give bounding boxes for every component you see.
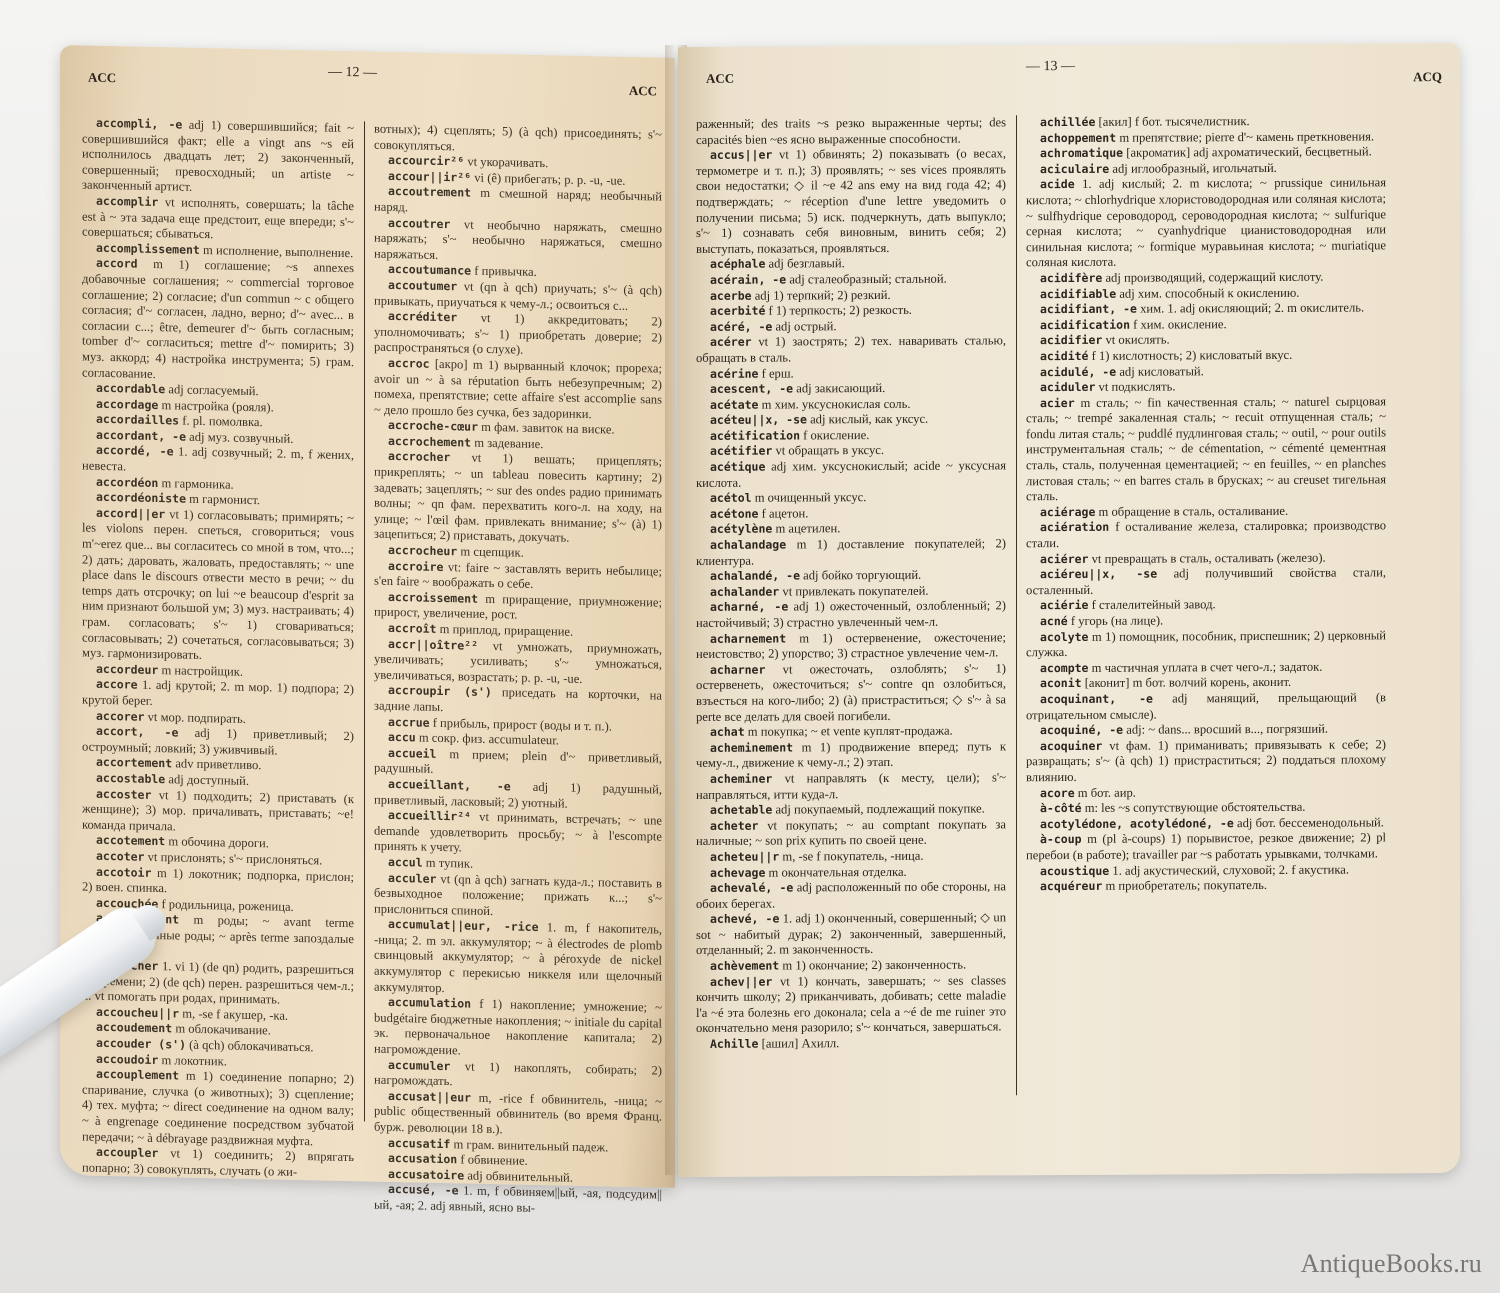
definition: m приплод, приращение. bbox=[440, 622, 574, 639]
dictionary-entry: acheminement m 1) продвижение вперед; пу… bbox=[696, 739, 1006, 772]
headword: accoster bbox=[96, 786, 151, 801]
headword: accordant, -e bbox=[96, 428, 186, 444]
headword: acide bbox=[1040, 177, 1075, 191]
headword: accouder (s') bbox=[96, 1036, 186, 1052]
definition: m хим. уксуснокислая соль. bbox=[762, 397, 911, 412]
headword: accordé, -e bbox=[96, 443, 174, 459]
definition: f привычка. bbox=[474, 264, 537, 279]
definition: m тупик. bbox=[426, 856, 473, 871]
headword: accrochement bbox=[388, 434, 471, 450]
headword: achalandé, -e bbox=[710, 569, 800, 583]
definition: adj: ~ dans... вросший в..., погрязший. bbox=[1126, 722, 1328, 737]
headword: acore bbox=[1040, 786, 1075, 800]
headword: acharnement bbox=[710, 631, 786, 645]
headword: acculer bbox=[388, 870, 436, 885]
headword: accordage bbox=[96, 396, 158, 411]
headword: accrue bbox=[388, 714, 430, 729]
definition: m 1) соглашение; ~s annexes добавочные с… bbox=[82, 257, 354, 380]
headword: accomplir bbox=[96, 194, 158, 209]
dictionary-entry: achalandé, -e adj бойко торгующий. bbox=[696, 568, 1006, 585]
definition: vt превращать в сталь, осталивать (желез… bbox=[1092, 550, 1326, 565]
headword: acier bbox=[1040, 396, 1075, 410]
headword: acerbe bbox=[710, 288, 752, 302]
headword: acheminer bbox=[710, 771, 772, 785]
headword: accoudement bbox=[96, 1020, 172, 1036]
dictionary-entry: acerbe adj 1) терпкий; 2) резкий. bbox=[696, 287, 1006, 304]
headword: accordéon bbox=[96, 474, 158, 489]
dictionary-entry: раженный; des traits ~s резко выраженные… bbox=[696, 115, 1006, 148]
headword: acétylène bbox=[710, 522, 772, 536]
headword: accroissement bbox=[388, 590, 478, 606]
dictionary-entry: acétifier vt обращать в уксус. bbox=[696, 443, 1006, 460]
dictionary-entry: aconit [аконит] m бот. волчий корень, ак… bbox=[1026, 675, 1386, 692]
headword: accusat||eur bbox=[388, 1089, 471, 1105]
dictionary-entry: acharné, -e adj 1) ожесточенный, озлобле… bbox=[696, 599, 1006, 632]
dictionary-entry: à-côté m: les ~s сопутствующие обстоятел… bbox=[1026, 799, 1386, 816]
definition: adj 1) терпкий; 2) резкий. bbox=[755, 287, 891, 302]
headword: acétol bbox=[710, 491, 752, 505]
headword: acquéreur bbox=[1040, 879, 1102, 893]
headword: accotoir bbox=[96, 864, 151, 879]
headword: accueillant, -e bbox=[388, 777, 511, 794]
headword: achalandage bbox=[710, 538, 786, 552]
headword: acoquinant, -e bbox=[1040, 692, 1153, 707]
dictionary-entry: acoquinant, -e adj манящий, прельщающий … bbox=[1026, 690, 1386, 723]
dictionary-entry: aciduler vt подкислять. bbox=[1026, 378, 1386, 395]
definition: f прибыль, прирост (воды и т. п.). bbox=[433, 715, 612, 733]
definition: adj острый. bbox=[775, 319, 836, 333]
definition: adj муз. созвучный. bbox=[189, 430, 293, 446]
definition: vt 1) согласовывать; примирять; ~ les vi… bbox=[82, 507, 354, 662]
dictionary-entry: acétol m очищенный уксус. bbox=[696, 490, 1006, 507]
definition: m облокачивание. bbox=[175, 1022, 271, 1038]
headword: acétate bbox=[710, 397, 758, 411]
definition: m сокр. физ. accumulateur. bbox=[419, 731, 559, 748]
headword: accoutrer bbox=[388, 215, 450, 230]
headword: acétone bbox=[710, 506, 758, 520]
dictionary-entry: acharner vt ожесточать, озлоблять; s'~ 1… bbox=[696, 661, 1006, 725]
definition: m препятствие; pierre d'~ камень преткно… bbox=[1119, 129, 1374, 144]
dictionary-entry: aciérer vt превращать в сталь, осталиват… bbox=[1026, 550, 1386, 567]
definition: adj кислый, как уксус. bbox=[810, 412, 928, 427]
column-2: вотных); 4) сцеплять; 5) (à qch) присоед… bbox=[374, 122, 662, 1220]
headword: à-coup bbox=[1040, 832, 1082, 846]
headword: accr||oître²² bbox=[388, 636, 478, 652]
dictionary-entry: accompli, -e adj 1) совершившийся; fait … bbox=[82, 115, 354, 199]
headword: accordailles bbox=[96, 412, 179, 428]
definition: adj закисающий. bbox=[796, 381, 885, 395]
dictionary-entry: accusat||eur m, -rice f обвинитель, -ниц… bbox=[374, 1088, 662, 1141]
headword: aciduler bbox=[1040, 380, 1095, 394]
dictionary-entry: accréditer vt 1) аккредитовать; 2) уполн… bbox=[374, 309, 662, 362]
dictionary-entry: acéphale adj безглавый. bbox=[696, 256, 1006, 273]
dictionary-entry: acquéreur m приобретатель; покупатель. bbox=[1026, 877, 1386, 894]
headword: acidifiant, -e bbox=[1040, 302, 1137, 317]
headword: acharner bbox=[710, 662, 765, 676]
dictionary-entry: acétone f ацетон. bbox=[696, 505, 1006, 522]
dictionary-entry: acore m бот. аир. bbox=[1026, 784, 1386, 801]
dictionary-entry: accroc [акро] m 1) вырванный клочок; про… bbox=[374, 355, 662, 423]
headword: accus||er bbox=[710, 148, 772, 162]
dictionary-entry: acidifier vt окислять. bbox=[1026, 332, 1386, 349]
headword: accoutumer bbox=[388, 278, 457, 293]
headword: accroche-cœur bbox=[388, 418, 478, 434]
dictionary-entry: aciéreu||x, -se adj получивший свойства … bbox=[1026, 566, 1386, 599]
definition: adj доступный. bbox=[168, 772, 249, 788]
headword: accostable bbox=[96, 771, 165, 786]
headword: accoupler bbox=[96, 1145, 158, 1160]
headword: accorer bbox=[96, 708, 144, 723]
dictionary-entry: Achille [ашил] Ахилл. bbox=[696, 1035, 1006, 1052]
dictionary-entry: accueillir²⁴ vt принимать, встречать; ~ … bbox=[374, 808, 662, 861]
headword: achillée bbox=[1040, 115, 1095, 129]
definition: vt привлекать покупателей. bbox=[782, 584, 928, 599]
dictionary-entry: accr||oître²² vt умножать, приумножать, … bbox=[374, 636, 662, 689]
headword: accroupir (s') bbox=[388, 683, 492, 699]
dictionary-entry: accomplir vt исполнять, совершать; la tâ… bbox=[82, 193, 354, 245]
definition: m фам. завиток на виске. bbox=[481, 420, 614, 437]
headword: achoppement bbox=[1040, 130, 1116, 144]
headword: acétifier bbox=[710, 444, 772, 458]
definition: m обращение в сталь, осталивание. bbox=[1099, 504, 1289, 519]
headword: acétification bbox=[710, 428, 800, 442]
definition: m окончательная отделка. bbox=[769, 864, 907, 879]
definition: vt прислонять; s'~ прислоняться. bbox=[148, 850, 323, 868]
headword: acérain, -e bbox=[710, 272, 786, 286]
dictionary-entry: acidification f хим. окисление. bbox=[1026, 316, 1386, 333]
definition: m ацетилен. bbox=[775, 522, 840, 536]
headword: accotement bbox=[96, 833, 165, 848]
headword: accordeur bbox=[96, 662, 158, 677]
headword: acheteu||r bbox=[710, 849, 779, 863]
headword: acidifère bbox=[1040, 271, 1102, 285]
headword: accusation bbox=[388, 1151, 457, 1166]
headword: acotylédone, acotylédoné, -e bbox=[1040, 816, 1234, 831]
definition: adj согласуемый. bbox=[168, 382, 258, 398]
headword: acoquiner bbox=[1040, 739, 1102, 753]
definition: хим. 1. adj окисляющий; 2. m окислитель. bbox=[1140, 301, 1364, 316]
definition: adv приветливо. bbox=[175, 757, 261, 773]
guide-word-left: ACC bbox=[88, 70, 116, 87]
headword: aciération bbox=[1040, 520, 1109, 534]
headword: accordéoniste bbox=[96, 490, 186, 506]
dictionary-entry: acotylédone, acotylédoné, -e adj бот. бе… bbox=[1026, 815, 1386, 832]
dictionary-entry: acharnement m 1) остервенение, ожесточен… bbox=[696, 630, 1006, 663]
dictionary-entry: achèvement m 1) окончание; 2) законченно… bbox=[696, 957, 1006, 974]
guide-word-left: ACC bbox=[706, 71, 734, 87]
headword: acerbité bbox=[710, 304, 765, 318]
headword: acérine bbox=[710, 366, 758, 380]
dictionary-entry: achalandage m 1) доставление покупателей… bbox=[696, 536, 1006, 569]
headword: achevé, -e bbox=[710, 912, 779, 926]
headword: acolyte bbox=[1040, 629, 1088, 643]
definition: m настройка (рояля). bbox=[161, 398, 273, 414]
dictionary-entry: acidifère adj производящий, содержащий к… bbox=[1026, 269, 1386, 286]
dictionary-entry: achev||er vt 1) кончать, завершать; ~ se… bbox=[696, 973, 1006, 1037]
dictionary-entry: acérain, -e adj сталеобразный; стальной. bbox=[696, 271, 1006, 288]
dictionary-entry: acérine f ерш. bbox=[696, 365, 1006, 382]
column-divider bbox=[1016, 115, 1017, 1095]
dictionary-entry: accord||er vt 1) согласовывать; примирят… bbox=[82, 505, 354, 667]
definition: vt 1) вешать; прицеплять; прикреплять; ~… bbox=[374, 451, 662, 545]
dictionary-entry: acolyte m 1) помощник, пособник, приспеш… bbox=[1026, 628, 1386, 661]
headword: aciéreu||x, -se bbox=[1040, 567, 1157, 582]
definition: [ашил] Ахилл. bbox=[762, 1036, 840, 1050]
dictionary-entry: accouplement m 1) соединение попарно; 2)… bbox=[82, 1067, 354, 1151]
headword: accumuler bbox=[388, 1057, 450, 1072]
dictionary-entry: acoquiner vt фам. 1) приманивать; привяз… bbox=[1026, 737, 1386, 786]
definition: m частичная уплата в счет чего-л.; задат… bbox=[1092, 659, 1323, 674]
page-header: ACC — 12 — ACC bbox=[60, 59, 675, 92]
watermark: AntiqueBooks.ru bbox=[1301, 1249, 1482, 1279]
definition: vt мор. подпирать. bbox=[148, 709, 246, 725]
definition: m приобретатель; покупатель. bbox=[1105, 878, 1267, 893]
headword: accoucheu||r bbox=[96, 1005, 179, 1021]
headword: acoquiné, -e bbox=[1040, 723, 1123, 737]
definition: adj бот. бессеменодольный. bbox=[1237, 815, 1384, 830]
headword: acidifier bbox=[1040, 333, 1102, 347]
definition: m очищенный уксус. bbox=[755, 490, 867, 505]
definition: 1. adj кислый; 2. m кислота; ~ prussique… bbox=[1026, 176, 1386, 270]
definition: m настройщик. bbox=[161, 663, 243, 679]
dictionary-entry: acidulé, -e adj кисловатый. bbox=[1026, 363, 1386, 380]
definition: [аконит] m бот. волчий корень, аконит. bbox=[1085, 675, 1291, 690]
headword: accusé, -e bbox=[388, 1182, 459, 1197]
dictionary-entry: à-coup m (pl à-coups) 1) порывистое, рез… bbox=[1026, 831, 1386, 864]
dictionary-entry: achromatique [акроматик] adj ахроматичес… bbox=[1026, 145, 1386, 162]
dictionary-entry: acculer vt (qn à qch) загнать куда-л.; п… bbox=[374, 870, 662, 923]
dictionary-entry: acidifiant, -e хим. 1. adj окисляющий; 2… bbox=[1026, 300, 1386, 317]
headword: aciérer bbox=[1040, 552, 1088, 566]
definition: m, -se f акушер, -ка. bbox=[182, 1006, 288, 1022]
definition: m локотник. bbox=[161, 1053, 226, 1068]
headword: acoustique bbox=[1040, 863, 1109, 877]
definition: vt укорачивать. bbox=[467, 155, 548, 171]
definition: adj обвинительный. bbox=[467, 1168, 573, 1184]
headword: acidulé, -e bbox=[1040, 364, 1116, 378]
dictionary-entry: aciculaire adj иглообразный, игольчатый. bbox=[1026, 160, 1386, 177]
dictionary-entry: achalander vt привлекать покупателей. bbox=[696, 583, 1006, 600]
definition: vt 1) обвинять; 2) показывать (о весах, … bbox=[696, 147, 1006, 256]
dictionary-entry: accus||er vt 1) обвинять; 2) показывать … bbox=[696, 147, 1006, 258]
dictionary-entry: acheter vt покупать; ~ au comptant покуп… bbox=[696, 817, 1006, 850]
dictionary-entry: acéré, -e adj острый. bbox=[696, 318, 1006, 335]
dictionary-entry: achat m покупка; ~ et vente куплят-прода… bbox=[696, 723, 1006, 740]
headword: aconit bbox=[1040, 676, 1082, 690]
definition: vt обращать в уксус. bbox=[775, 443, 884, 458]
headword: Achille bbox=[710, 1037, 758, 1051]
dictionary-entry: achevalé, -e adj расположенный по обе ст… bbox=[696, 879, 1006, 912]
dictionary-entry: acétique adj хим. уксуснокислый; acide ~… bbox=[696, 458, 1006, 491]
definition: m обочина дороги. bbox=[168, 835, 269, 851]
dictionary-entry: achevage m окончательная отделка. bbox=[696, 864, 1006, 881]
headword: accoutrement bbox=[388, 184, 471, 200]
definition: f угорь (на лице). bbox=[1071, 614, 1163, 628]
definition: adj производящий, содержащий кислоту. bbox=[1105, 270, 1323, 285]
definition: m сталь; ~ fin качественная сталь; ~ nat… bbox=[1026, 394, 1386, 503]
definition: раженный; des traits ~s резко выраженные… bbox=[696, 115, 1006, 146]
definition: adj безглавый. bbox=[769, 257, 845, 271]
headword: achevalé, -e bbox=[710, 881, 793, 895]
headword: accrocheur bbox=[388, 543, 457, 558]
dictionary-entry: accusé, -e 1. m, f обвиняем||ый, -ая, по… bbox=[374, 1182, 662, 1219]
definition: f хим. окисление. bbox=[1133, 317, 1226, 331]
definition: вотных); 4) сцеплять; 5) (à qch) присоед… bbox=[374, 122, 662, 153]
headword: accourcir²⁶ bbox=[388, 153, 464, 169]
headword: accompli, -e bbox=[96, 116, 182, 132]
definition: adj иглообразный, игольчатый. bbox=[1112, 161, 1276, 176]
headword: accore bbox=[96, 677, 138, 692]
dictionary-entry: acétate m хим. уксуснокислая соль. bbox=[696, 396, 1006, 413]
headword: accroc bbox=[388, 356, 430, 371]
dictionary-entry: acérer vt 1) заострять; 2) тех. наварива… bbox=[696, 334, 1006, 367]
headword: accoudoir bbox=[96, 1051, 158, 1066]
definition: m покупка; ~ et vente куплят-продажа. bbox=[748, 724, 953, 739]
headword: accrocher bbox=[388, 449, 450, 464]
definition: adj покупаемый, подлежащий покупке. bbox=[775, 802, 984, 817]
headword: acheter bbox=[710, 818, 758, 832]
headword: acharné, -e bbox=[710, 600, 788, 614]
dictionary-entry: accrocher vt 1) вешать; прицеплять; прик… bbox=[374, 449, 662, 549]
page-number: — 13 — bbox=[1026, 59, 1075, 75]
headword: accueil bbox=[388, 746, 436, 761]
page-header: ACC — 13 — ACQ bbox=[678, 57, 1460, 81]
headword: accort, -e bbox=[96, 724, 178, 740]
guide-word-right: ACQ bbox=[1413, 69, 1442, 85]
headword: acérer bbox=[710, 335, 752, 349]
dictionary-entry: acétification f окисление. bbox=[696, 427, 1006, 444]
definition: f 1) терпкость; 2) резкость. bbox=[769, 303, 912, 318]
headword: accréditer bbox=[388, 309, 457, 324]
definition: m бот. аир. bbox=[1078, 785, 1136, 799]
headword: aciérage bbox=[1040, 505, 1095, 519]
definition: m 1) окончание; 2) законченность. bbox=[782, 958, 966, 973]
headword: achetable bbox=[710, 803, 772, 817]
definition: f обвинение. bbox=[460, 1153, 527, 1168]
definition: m сцепщик. bbox=[460, 544, 523, 559]
headword: accouplement bbox=[96, 1067, 179, 1083]
dictionary-entry: accumulation f 1) накопление; умножение;… bbox=[374, 995, 662, 1063]
column-divider bbox=[364, 121, 365, 1121]
headword: achèvement bbox=[710, 959, 779, 973]
headword: acéphale bbox=[710, 257, 765, 271]
definition: adj кисловатый. bbox=[1119, 364, 1203, 378]
headword: accumulat||eur, -rice bbox=[388, 917, 539, 934]
dictionary-entry: achillée [акил] f бот. тысячелистник. bbox=[1026, 113, 1386, 130]
headword: accoutumance bbox=[388, 262, 471, 278]
dictionary-entry: achetable adj покупаемый, подлежащий пок… bbox=[696, 801, 1006, 818]
dictionary-entry: accoster vt 1) подходить; 2) приставать … bbox=[82, 786, 354, 838]
headword: acétique bbox=[710, 460, 765, 474]
headword: accour||ir²⁶ bbox=[388, 169, 471, 185]
headword: accordable bbox=[96, 381, 165, 396]
dictionary-entry: acerbité f 1) терпкость; 2) резкость. bbox=[696, 302, 1006, 319]
headword: à-côté bbox=[1040, 801, 1082, 815]
dictionary-entry: accoupler vt 1) соединить; 2) впрягать п… bbox=[82, 1145, 354, 1182]
headword: accord||er bbox=[96, 506, 165, 521]
definition: m: les ~s сопутствующие обстоятельства. bbox=[1085, 800, 1306, 815]
headword: accord bbox=[96, 256, 138, 271]
headword: acheminement bbox=[710, 740, 793, 754]
dictionary-entry: acidité f 1) кислотность; 2) кисловатый … bbox=[1026, 347, 1386, 364]
headword: acidification bbox=[1040, 317, 1130, 331]
dictionary-entry: accord m 1) соглашение; ~s annexes добав… bbox=[82, 256, 354, 386]
page-right: ACC — 13 — ACQ раженный; des traits ~s р… bbox=[678, 43, 1460, 1177]
definition: 1. adj акустический, слуховой; 2. f акус… bbox=[1112, 862, 1349, 877]
headword: accueillir²⁴ bbox=[388, 808, 471, 824]
definition: m грам. винительный падеж. bbox=[453, 1137, 608, 1154]
definition: f ерш. bbox=[762, 366, 794, 380]
page-left: ACC — 12 — ACC accompli, -e adj 1) совер… bbox=[60, 45, 675, 1188]
headword: achalander bbox=[710, 584, 779, 598]
definition: f 1) кислотность; 2) кисловатый вкус. bbox=[1092, 348, 1293, 363]
dictionary-entry: acoustique 1. adj акустический, слуховой… bbox=[1026, 862, 1386, 879]
headword: achevage bbox=[710, 865, 765, 879]
headword: accortement bbox=[96, 755, 172, 771]
definition: adj бойко торгующий. bbox=[803, 568, 921, 583]
dictionary-entry: aciérie f сталелитейный завод. bbox=[1026, 597, 1386, 614]
definition: m исполнение, выполнение. bbox=[203, 243, 353, 260]
definition: vt подкислять. bbox=[1099, 380, 1176, 394]
dictionary-entry: acheminer vt направлять (к месту, цели);… bbox=[696, 770, 1006, 803]
dictionary-entry: acier m сталь; ~ fin качественная сталь;… bbox=[1026, 394, 1386, 505]
dictionary-entry: acidifiable adj хим. способный к окислен… bbox=[1026, 285, 1386, 302]
dictionary-entry: achoppement m препятствие; pierre d'~ ка… bbox=[1026, 129, 1386, 146]
dictionary-entry: acéteu||x, -se adj кислый, как уксус. bbox=[696, 412, 1006, 429]
dictionary-entry: achevé, -e 1. adj 1) оконченный, соверше… bbox=[696, 911, 1006, 959]
headword: acidifiable bbox=[1040, 286, 1116, 300]
definition: adj сталеобразный; стальной. bbox=[789, 272, 946, 287]
dictionary-entry: acompte m частичная уплата в счет чего-л… bbox=[1026, 659, 1386, 676]
dictionary-entry: acné f угорь (на лице). bbox=[1026, 612, 1386, 629]
headword: accroire bbox=[388, 558, 443, 573]
headword: achat bbox=[710, 725, 745, 739]
headword: accu bbox=[388, 730, 416, 745]
definition: [акил] f бот. тысячелистник. bbox=[1099, 114, 1250, 129]
definition: f сталелитейный завод. bbox=[1092, 598, 1216, 613]
definition: [акроматик] adj ахроматический, бесцветн… bbox=[1126, 145, 1372, 160]
definition: f ацетон. bbox=[762, 506, 809, 520]
headword: accroît bbox=[388, 621, 436, 636]
headword: acescent, -e bbox=[710, 382, 793, 396]
definition: m задевание. bbox=[474, 436, 543, 451]
dictionary-entry: acheteu||r m, -se f покупатель, -ница. bbox=[696, 848, 1006, 865]
definition: vi (ê) прибегать; p. p. -u, -ue. bbox=[474, 170, 625, 187]
headword: acompte bbox=[1040, 661, 1088, 675]
headword: accumulation bbox=[388, 995, 471, 1011]
definition: m гармонист. bbox=[189, 492, 260, 507]
page-number: — 12 — bbox=[328, 65, 377, 82]
headword: acéré, -e bbox=[710, 319, 772, 333]
headword: accomplissement bbox=[96, 241, 200, 257]
dictionary-entry: acide 1. adj кислый; 2. m кислота; ~ pru… bbox=[1026, 176, 1386, 271]
dictionary-entry: accumulat||eur, -rice 1. m, f накопитель… bbox=[374, 917, 662, 1001]
headword: achev||er bbox=[710, 974, 772, 988]
dictionary-entry: acétylène m ацетилен. bbox=[696, 521, 1006, 538]
headword: acidité bbox=[1040, 349, 1088, 363]
definition: f окисление. bbox=[803, 428, 869, 442]
definition: (à qch) облокачиваться. bbox=[189, 1038, 313, 1055]
dictionary-entry: acescent, -e adj закисающий. bbox=[696, 380, 1006, 397]
definition: adj хим. способный к окислению. bbox=[1119, 285, 1299, 300]
dictionary-entry: acoquiné, -e adj: ~ dans... вросший в...… bbox=[1026, 721, 1386, 738]
headword: accusatoire bbox=[388, 1167, 464, 1183]
column-2: achillée [акил] f бот. тысячелистник.ach… bbox=[1026, 113, 1386, 895]
column-1: accompli, -e adj 1) совершившийся; fait … bbox=[82, 115, 354, 1181]
dictionary-entry: aciérage m обращение в сталь, осталивани… bbox=[1026, 503, 1386, 520]
headword: acéteu||x, -se bbox=[710, 413, 807, 428]
headword: aciculaire bbox=[1040, 162, 1109, 176]
